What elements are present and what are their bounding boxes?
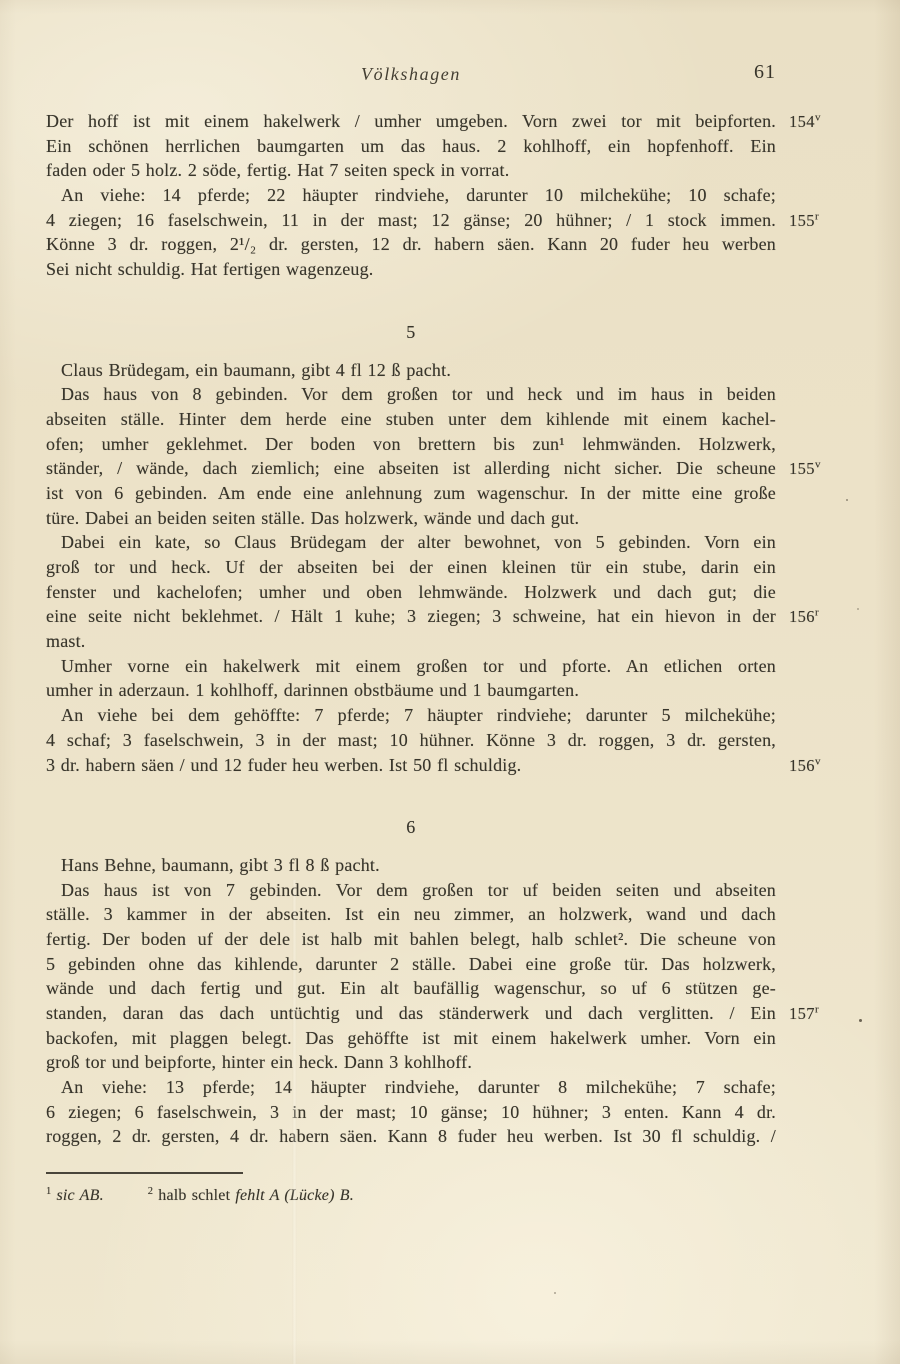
folio-margin-note: 156r — [789, 605, 819, 630]
paragraph: Der hoff ist mit einem hakelwerk / umher… — [46, 109, 776, 183]
text-line-content: ställe. 3 kammer in der abseiten. Ist ei… — [46, 904, 776, 924]
text-line-content: backofen, mit plaggen belegt. Das gehöff… — [46, 1028, 776, 1048]
text-line-content: Umher vorne ein hakelwerk mit einem groß… — [61, 656, 776, 676]
text-line-content: ständer, / wände, dach ziemlich; eine ab… — [46, 458, 776, 478]
footnote-item: 1sic AB. — [46, 1187, 104, 1204]
folio-margin-note: 156v — [789, 754, 821, 779]
paragraph: An viehe: 14 pferde; 22 häupter rindvieh… — [46, 183, 776, 282]
text-line-content: Könne 3 dr. roggen, 2¹/₂ dr. gersten, 12… — [46, 234, 776, 254]
folio-margin-note: 155r — [789, 209, 819, 234]
blocks-mount: Der hoff ist mit einem hakelwerk / umher… — [46, 109, 776, 1149]
text-line: 4 schaf; 3 faselschwein, 3 in der mast; … — [46, 728, 776, 753]
text-line-content: Sei nicht schuldig. Hat fertigen wagenze… — [46, 259, 374, 279]
text-line-content: Das haus ist von 7 gebinden. Vor dem gro… — [61, 880, 776, 900]
text-line-content: Hans Behne, baumann, gibt 3 fl 8 ß pacht… — [61, 855, 380, 875]
paragraph: Das haus ist von 7 gebinden. Vor dem gro… — [46, 878, 776, 1076]
paragraph: Hans Behne, baumann, gibt 3 fl 8 ß pacht… — [46, 853, 776, 878]
paper-speck — [554, 1292, 556, 1294]
paragraph: Umher vorne ein hakelwerk mit einem groß… — [46, 654, 776, 703]
text-line: 6 ziegen; 6 faselschwein, 3 in der mast;… — [46, 1100, 776, 1125]
folio-margin-note: 157r — [789, 1002, 819, 1027]
text-line-content: wände und dach fertig und gut. Ein alt b… — [46, 978, 776, 998]
text-line: ständer, / wände, dach ziemlich; eine ab… — [46, 456, 776, 481]
text-line-content: abseiten ställe. Hinter dem herde eine s… — [46, 409, 776, 429]
text-line-content: 4 schaf; 3 faselschwein, 3 in der mast; … — [46, 730, 776, 750]
text-line: roggen, 2 dr. gersten, 4 dr. habern säen… — [46, 1124, 776, 1149]
paragraph: An viehe: 13 pferde; 14 häupter rindvieh… — [46, 1075, 776, 1149]
section-number: 6 — [46, 815, 776, 840]
text-line: Der hoff ist mit einem hakelwerk / umher… — [46, 109, 776, 134]
folio-margin-note: 155v — [789, 457, 821, 482]
footnote-item: 2halb schlet fehlt A (Lücke) B. — [148, 1187, 354, 1204]
text-line: fertig. Der boden uf der dele ist halb m… — [46, 927, 776, 952]
footnotes: 1sic AB.2halb schlet fehlt A (Lücke) B. — [46, 1172, 776, 1208]
text-line: Das haus ist von 7 gebinden. Vor dem gro… — [46, 878, 776, 903]
text-line-content: Der hoff ist mit einem hakelwerk / umher… — [46, 111, 776, 131]
text-line-content: mast. — [46, 631, 86, 651]
text-line: Sei nicht schuldig. Hat fertigen wagenze… — [46, 257, 776, 282]
paragraph: Dabei ein kate, so Claus Brüdegam der al… — [46, 530, 776, 653]
text-line: ist von 6 gebinden. Am ende eine anlehnu… — [46, 481, 776, 506]
text-line-content: groß tor und heck. Uf der abseiten bei d… — [46, 557, 776, 577]
text-line: standen, daran das dach untüchtig und da… — [46, 1001, 776, 1026]
text-line-content: fertig. Der boden uf der dele ist halb m… — [46, 929, 776, 949]
text-line: backofen, mit plaggen belegt. Das gehöff… — [46, 1026, 776, 1051]
text-line-content: Das haus von 8 gebinden. Vor dem großen … — [61, 384, 776, 404]
text-line-content: groß tor und beipforte, hinter ein heck.… — [46, 1052, 472, 1072]
text-line-content: 5 gebinden ohne das kihlende, darunter 2… — [46, 954, 776, 974]
footnote-text: sic AB. — [56, 1187, 103, 1204]
text-line: 4 ziegen; 16 faselschwein, 11 in der mas… — [46, 208, 776, 233]
text-line: Umher vorne ein hakelwerk mit einem groß… — [46, 654, 776, 679]
text-line: groß tor und beipforte, hinter ein heck.… — [46, 1050, 776, 1075]
paper-speck — [846, 499, 848, 501]
text-line-content: roggen, 2 dr. gersten, 4 dr. habern säen… — [46, 1126, 776, 1146]
text-line-content: An viehe bei dem gehöffte: 7 pferde; 7 h… — [61, 705, 776, 725]
text-line: ställe. 3 kammer in der abseiten. Ist ei… — [46, 902, 776, 927]
footnote-rule — [46, 1172, 243, 1174]
text-line: Ein schönen herrlichen baumgarten um das… — [46, 134, 776, 159]
paragraph: An viehe bei dem gehöffte: 7 pferde; 7 h… — [46, 703, 776, 777]
book-page: Völkshagen 61 Der hoff ist mit einem hak… — [0, 0, 900, 1364]
text-line: An viehe: 14 pferde; 22 häupter rindvieh… — [46, 183, 776, 208]
text-line: wände und dach fertig und gut. Ein alt b… — [46, 976, 776, 1001]
text-line-content: Dabei ein kate, so Claus Brüdegam der al… — [61, 532, 776, 552]
text-line-content: 6 ziegen; 6 faselschwein, 3 in der mast;… — [46, 1102, 776, 1122]
text-line-content: türe. Dabei an beiden seiten ställe. Das… — [46, 508, 579, 528]
footnote-text: fehlt A (Lücke) B. — [235, 1187, 354, 1204]
folio-margin-note: 154v — [789, 110, 821, 135]
text-line-content: Claus Brüdegam, ein baumann, gibt 4 fl 1… — [61, 360, 451, 380]
text-line: Dabei ein kate, so Claus Brüdegam der al… — [46, 530, 776, 555]
text-line: 5 gebinden ohne das kihlende, darunter 2… — [46, 952, 776, 977]
text-line: Das haus von 8 gebinden. Vor dem großen … — [46, 382, 776, 407]
text-line-content: 3 dr. habern säen / und 12 fuder heu wer… — [46, 755, 521, 775]
text-line: Hans Behne, baumann, gibt 3 fl 8 ß pacht… — [46, 853, 776, 878]
text-line: mast. — [46, 629, 776, 654]
text-line-content: standen, daran das dach untüchtig und da… — [46, 1003, 776, 1023]
text-line-content: An viehe: 13 pferde; 14 häupter rindvieh… — [61, 1077, 776, 1097]
text-line: An viehe bei dem gehöffte: 7 pferde; 7 h… — [46, 703, 776, 728]
text-body: Der hoff ist mit einem hakelwerk / umher… — [46, 109, 776, 1208]
text-line: türe. Dabei an beiden seiten ställe. Das… — [46, 506, 776, 531]
text-line: Claus Brüdegam, ein baumann, gibt 4 fl 1… — [46, 358, 776, 383]
page-title: Völkshagen — [46, 64, 776, 85]
text-line-content: faden oder 5 holz. 2 söde, fertig. Hat 7… — [46, 160, 509, 180]
paragraph: Das haus von 8 gebinden. Vor dem großen … — [46, 382, 776, 530]
text-line: Könne 3 dr. roggen, 2¹/₂ dr. gersten, 12… — [46, 232, 776, 257]
text-line-content: fenster und kachelofen; umher und oben l… — [46, 582, 776, 602]
text-line-content: eine seite nicht beklehmet. / Hält 1 kuh… — [46, 606, 776, 626]
text-line: ofen; umher geklehmet. Der boden von bre… — [46, 432, 776, 457]
text-line: abseiten ställe. Hinter dem herde eine s… — [46, 407, 776, 432]
text-line: eine seite nicht beklehmet. / Hält 1 kuh… — [46, 604, 776, 629]
paper-speck — [859, 1019, 862, 1022]
text-line-content: ofen; umher geklehmet. Der boden von bre… — [46, 434, 776, 454]
text-line-content: umher in aderzaun. 1 kohlhoff, darinnen … — [46, 680, 579, 700]
text-line-content: Ein schönen herrlichen baumgarten um das… — [46, 136, 776, 156]
footnote-text: halb schlet — [158, 1187, 235, 1204]
text-line: faden oder 5 holz. 2 söde, fertig. Hat 7… — [46, 158, 776, 183]
page-number: 61 — [754, 61, 776, 84]
text-line: 3 dr. habern säen / und 12 fuder heu wer… — [46, 753, 776, 778]
text-line: umher in aderzaun. 1 kohlhoff, darinnen … — [46, 678, 776, 703]
footnote-line: 1sic AB.2halb schlet fehlt A (Lücke) B. — [46, 1184, 776, 1208]
text-line-content: ist von 6 gebinden. Am ende eine anlehnu… — [46, 483, 776, 503]
text-line: groß tor und heck. Uf der abseiten bei d… — [46, 555, 776, 580]
text-line: An viehe: 13 pferde; 14 häupter rindvieh… — [46, 1075, 776, 1100]
paper-speck — [857, 608, 859, 610]
running-head: Völkshagen 61 — [46, 61, 776, 87]
paragraph: Claus Brüdegam, ein baumann, gibt 4 fl 1… — [46, 358, 776, 383]
text-line-content: 4 ziegen; 16 faselschwein, 11 in der mas… — [46, 210, 776, 230]
text-line: fenster und kachelofen; umher und oben l… — [46, 580, 776, 605]
text-line-content: An viehe: 14 pferde; 22 häupter rindvieh… — [61, 185, 776, 205]
section-number: 5 — [46, 320, 776, 345]
